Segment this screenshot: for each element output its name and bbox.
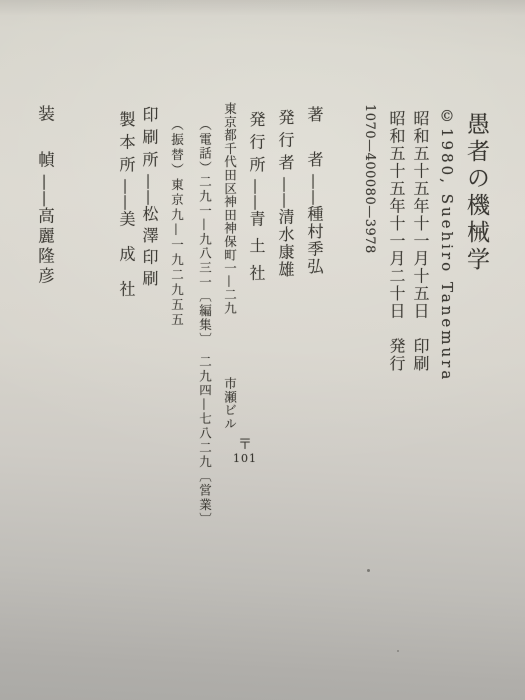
designer-name: 高麗隆彦: [36, 207, 55, 287]
colophon-row-publisher-company: 発行所——青 土 社: [248, 111, 264, 282]
print-date-line: 昭和五十五年十一月十五日 印刷: [412, 110, 428, 373]
author-name: 種村季弘: [305, 206, 324, 276]
book-number: 1070—400080—3978: [363, 104, 376, 254]
author-label: 著 者: [305, 106, 324, 174]
binder-name: 美 成 社: [117, 211, 136, 303]
colophon-row-publisher-person: 発行者——清水康雄: [277, 109, 293, 279]
publish-date-line: 昭和五十五年十一月二十日 発行: [388, 110, 404, 373]
leader-dash: ——: [140, 174, 159, 206]
publisher-person-name: 清水康雄: [276, 209, 295, 279]
phone-numbers: （電話）二九一—九八三一〔編集〕二九四—七八二九〔営業〕: [198, 118, 211, 526]
colophon-row-printer: 印刷所——松澤印刷: [141, 106, 157, 292]
printer-name: 松澤印刷: [140, 206, 159, 292]
phone-editorial: （電話）二九一—九八三一〔編集〕: [198, 118, 213, 347]
paper-dust-speck: [367, 569, 370, 572]
postal-mark-symbol: 〒: [238, 438, 252, 452]
colophon-row-binder: 製本所——美 成 社: [118, 111, 134, 302]
copyright-line: ©1980, Suehiro Tanemura: [439, 107, 454, 382]
postal-code-block: 〒101: [233, 438, 257, 464]
book-title: 愚者の機械学: [464, 112, 487, 274]
colophon-row-designer: 装 幀——高麗隆彦: [36, 105, 53, 287]
designer-label: 装 幀: [36, 105, 55, 174]
colophon-row-author: 著 者——種村季弘: [306, 106, 322, 276]
phone-sales: 二九四—七八二九〔営業〕: [198, 355, 213, 527]
leader-dash: ——: [305, 174, 324, 206]
leader-dash: ——: [247, 179, 266, 211]
postal-code-digits: 101: [233, 453, 257, 464]
publisher-company-label: 発行所: [247, 111, 266, 179]
address-street: 東京都千代田区神田神保町一—二九: [223, 102, 238, 315]
leader-dash: ——: [117, 179, 136, 211]
printer-label: 印刷所: [140, 106, 159, 174]
leader-dash: ——: [36, 174, 55, 207]
publisher-address: 東京都千代田区神田神保町一—二九市瀬ビル: [223, 102, 236, 430]
book-colophon-page: 愚者の機械学 ©1980, Suehiro Tanemura 昭和五十五年十一月…: [0, 0, 525, 700]
binder-label: 製本所: [117, 111, 136, 179]
postal-transfer-account: （振替）東京九—一九二九五五: [170, 118, 183, 328]
publisher-person-label: 発行者: [276, 109, 295, 177]
publisher-company-name: 青 土 社: [247, 211, 266, 283]
leader-dash: ——: [276, 177, 295, 209]
address-building: 市瀬ビル: [223, 377, 238, 430]
paper-dust-speck: [397, 650, 399, 652]
